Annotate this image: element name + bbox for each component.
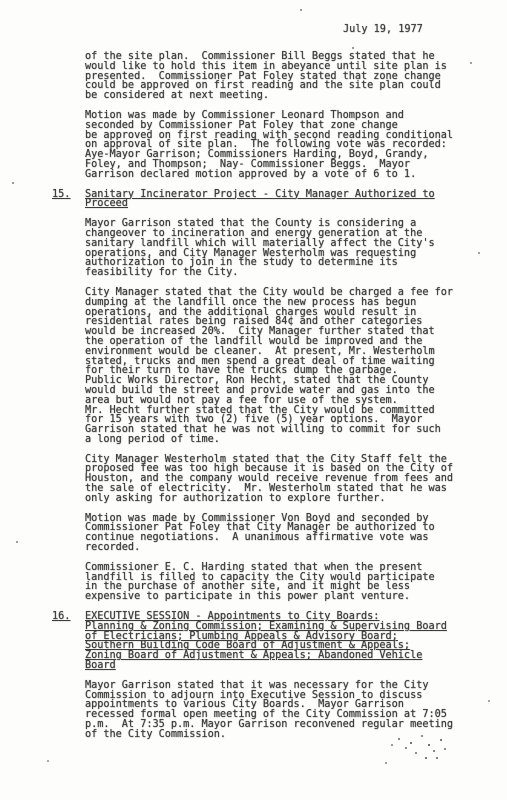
paragraph-executive-session-recess: Mayor Garrison stated that it was necess… [85,681,470,740]
document-date: July 19, 1977 [343,25,423,35]
paragraph-zone-change-vote: Motion was made by Commissioner Leonard … [85,111,470,180]
paragraph-staff-fee-opinion: City Manager Westerholm stated that the … [85,455,470,504]
section-sanitary-incinerator: 15. Sanitary Incinerator Project - City … [85,190,470,602]
section-executive-session: 16. EXECUTIVE SESSION - Appointments to … [85,612,470,740]
section-title-executive-session: EXECUTIVE SESSION - Appointments to City… [85,612,470,671]
section-title-sanitary-incinerator: Sanitary Incinerator Project - City Mana… [85,190,470,210]
section-number-15: 15. [52,190,70,200]
paragraph-landfill-fee-impact: City Manager stated that the City would … [85,288,470,445]
paragraph-site-plan-abeyance: of the site plan. Commissioner Bill Begg… [85,52,470,101]
section-number-16: 16. [52,612,70,622]
scan-noise-specks [0,0,2,2]
paragraph-harding-landfill-comment: Commissioner E. C. Harding stated that w… [85,563,470,602]
paragraph-motion-continue-negotiations: Motion was made by Commissioner Von Boyd… [85,514,470,553]
paragraph-county-incineration-study: Mayor Garrison stated that the County is… [85,219,470,278]
scanned-minutes-page: July 19, 1977 of the site plan. Commissi… [0,0,507,800]
document-body: of the site plan. Commissioner Bill Begg… [85,52,470,750]
